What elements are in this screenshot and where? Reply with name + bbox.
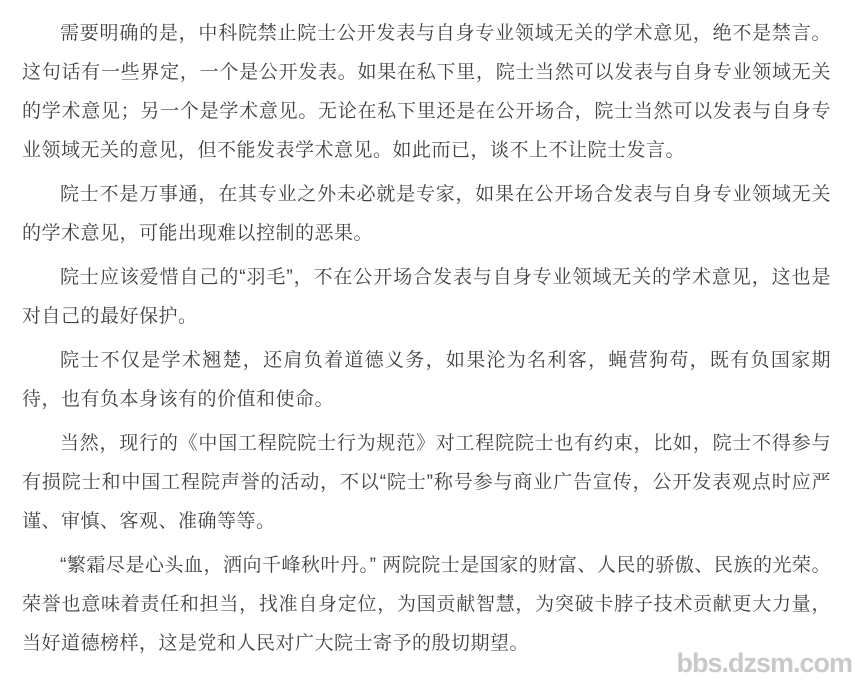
paragraph: 院士不仅是学术翘楚，还肩负着道德义务，如果沦为名利客，蝇营狗苟，既有负国家期待，… xyxy=(22,341,831,419)
paragraph: 院士不是万事通，在其专业之外未必就是专家，如果在公开场合发表与自身专业领域无关的… xyxy=(22,175,831,253)
paragraph: 院士应该爱惜自己的“羽毛”，不在公开场合发表与自身专业领域无关的学术意见，这也是… xyxy=(22,258,831,336)
paragraph: 当然，现行的《中国工程院院士行为规范》对工程院院士也有约束，比如，院士不得参与有… xyxy=(22,424,831,541)
paragraph: 需要明确的是，中科院禁止院士公开发表与自身专业领域无关的学术意见，绝不是禁言。这… xyxy=(22,14,831,170)
paragraph: “繁霜尽是心头血，洒向千峰秋叶丹。” 两院院士是国家的财富、人民的骄傲、民族的光… xyxy=(22,546,831,663)
site-watermark: bbs.dzsm.com xyxy=(676,648,852,679)
article-body: 需要明确的是，中科院禁止院士公开发表与自身专业领域无关的学术意见，绝不是禁言。这… xyxy=(22,14,831,668)
